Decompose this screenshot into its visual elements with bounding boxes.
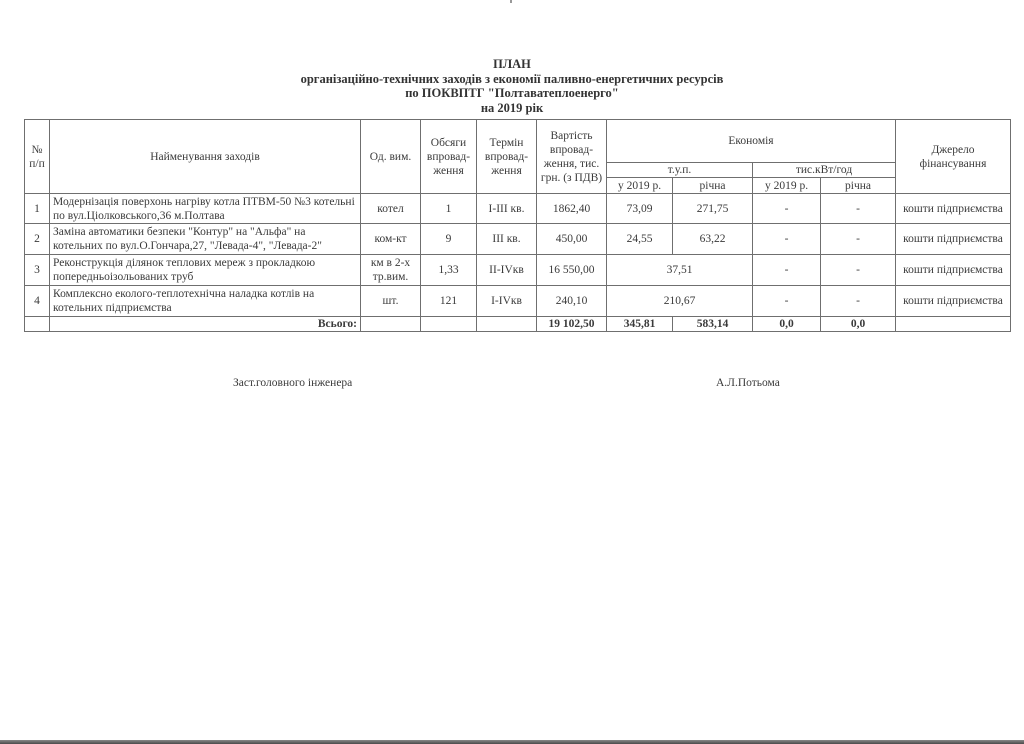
cell-unit: км в 2-х тр.вим.	[361, 255, 421, 286]
cell-source: кошти підприємства	[896, 194, 1011, 224]
cell-volume: 1	[421, 194, 477, 224]
title-line: по ПОКВПТГ "Полтаватеплоенерго"	[0, 86, 1024, 101]
cell-empty	[361, 317, 421, 332]
cell-tup-annual: 271,75	[673, 194, 753, 224]
header-tup-annual: річна	[673, 178, 753, 194]
signature-name: А.Л.Потьома	[716, 377, 780, 389]
cell-name: Модернізація поверхонь нагріву котла ПТВ…	[50, 194, 361, 224]
total-tup-annual: 583,14	[673, 317, 753, 332]
cell-cost: 16 550,00	[537, 255, 607, 286]
header-cost: Вартість впровад-ження, тис. грн. (з ПДВ…	[537, 120, 607, 194]
cell-name: Комплексно еколого-теплотехнічна наладка…	[50, 286, 361, 317]
cell-cost: 1862,40	[537, 194, 607, 224]
cell-name: Заміна автоматики безпеки "Контур" на "А…	[50, 224, 361, 255]
cell-kwh-annual: -	[821, 286, 896, 317]
cell-term: І-ІVкв	[477, 286, 537, 317]
cell-source: кошти підприємства	[896, 286, 1011, 317]
cell-num: 3	[25, 255, 50, 286]
cell-kwh-annual: -	[821, 255, 896, 286]
header-term: Термін впровад-ження	[477, 120, 537, 194]
table-row: 1 Модернізація поверхонь нагріву котла П…	[25, 194, 1011, 224]
total-cost: 19 102,50	[537, 317, 607, 332]
total-tup-2019: 345,81	[607, 317, 673, 332]
header-economy-tup: т.у.п.	[607, 163, 753, 178]
header-kwh-annual: річна	[821, 178, 896, 194]
cell-kwh-2019: -	[753, 194, 821, 224]
plan-table: № п/п Найменування заходів Од. вим. Обся…	[24, 119, 1011, 332]
cell-source: кошти підприємства	[896, 224, 1011, 255]
cell-unit: ком-кт	[361, 224, 421, 255]
cell-source: кошти підприємства	[896, 255, 1011, 286]
cell-kwh-2019: -	[753, 224, 821, 255]
scan-bottom-edge	[0, 740, 1024, 744]
cell-kwh-annual: -	[821, 224, 896, 255]
document-title: ПЛАН організаційно-технічних заходів з е…	[0, 57, 1024, 115]
header-tup-2019: у 2019 р.	[607, 178, 673, 194]
cell-tup-merged: 210,67	[607, 286, 753, 317]
cell-volume: 9	[421, 224, 477, 255]
cell-term: ІІ-ІVкв	[477, 255, 537, 286]
cell-empty	[477, 317, 537, 332]
header-source: Джерело фінансування	[896, 120, 1011, 194]
total-kwh-annual: 0,0	[821, 317, 896, 332]
cell-tup-2019: 24,55	[607, 224, 673, 255]
cell-num: 2	[25, 224, 50, 255]
header-volume: Обсяги впровад-ження	[421, 120, 477, 194]
header-economy-kwh: тис.кВт/год	[753, 163, 896, 178]
cell-term: І-ІІІ кв.	[477, 194, 537, 224]
cell-volume: 121	[421, 286, 477, 317]
cell-num: 4	[25, 286, 50, 317]
cell-num: 1	[25, 194, 50, 224]
cell-empty	[25, 317, 50, 332]
header-num: № п/п	[25, 120, 50, 194]
cell-tup-2019: 73,09	[607, 194, 673, 224]
title-line: організаційно-технічних заходів з економ…	[0, 72, 1024, 87]
cell-kwh-2019: -	[753, 286, 821, 317]
cell-cost: 450,00	[537, 224, 607, 255]
signature-position: Заст.головного інженера	[233, 377, 352, 389]
cell-unit: котел	[361, 194, 421, 224]
cell-term: ІІІ кв.	[477, 224, 537, 255]
table-row: 4 Комплексно еколого-теплотехнічна налад…	[25, 286, 1011, 317]
header-unit: Од. вим.	[361, 120, 421, 194]
table-row: 3 Реконструкція ділянок теплових мереж з…	[25, 255, 1011, 286]
title-line: ПЛАН	[0, 57, 1024, 72]
cell-kwh-2019: -	[753, 255, 821, 286]
cell-empty	[421, 317, 477, 332]
header-kwh-2019: у 2019 р.	[753, 178, 821, 194]
cell-empty	[896, 317, 1011, 332]
cell-volume: 1,33	[421, 255, 477, 286]
table-row: 2 Заміна автоматики безпеки "Контур" на …	[25, 224, 1011, 255]
cell-cost: 240,10	[537, 286, 607, 317]
header-economy: Економія	[607, 120, 896, 163]
total-kwh-2019: 0,0	[753, 317, 821, 332]
cell-unit: шт.	[361, 286, 421, 317]
total-label: Всього:	[50, 317, 361, 332]
cell-tup-annual: 63,22	[673, 224, 753, 255]
header-name: Найменування заходів	[50, 120, 361, 194]
total-row: Всього: 19 102,50 345,81 583,14 0,0 0,0	[25, 317, 1011, 332]
title-line: на 2019 рік	[0, 101, 1024, 116]
cell-name: Реконструкція ділянок теплових мереж з п…	[50, 255, 361, 286]
cell-kwh-annual: -	[821, 194, 896, 224]
scan-artifact	[510, 0, 512, 3]
cell-tup-merged: 37,51	[607, 255, 753, 286]
